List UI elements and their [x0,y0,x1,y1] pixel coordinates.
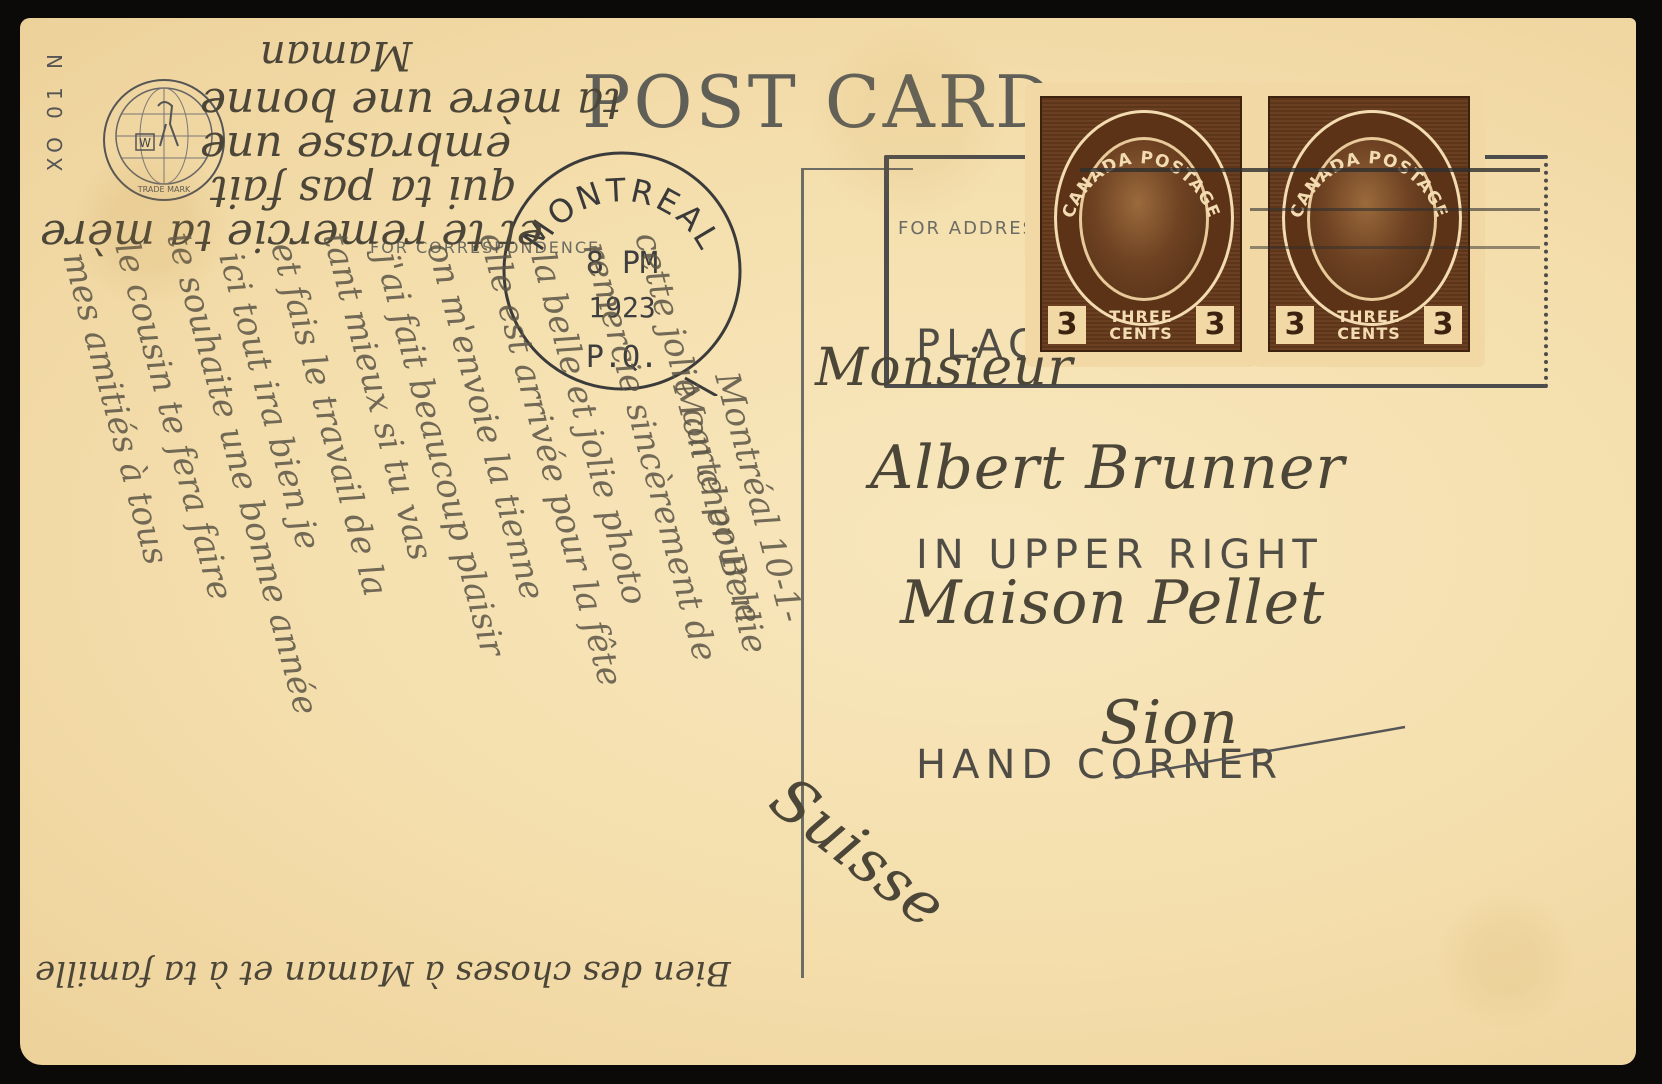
stamp-denomination: THREECENTS [1092,308,1190,342]
address-salutation: Monsieur [815,338,1073,398]
stamp-denomination: THREECENTS [1320,308,1418,342]
cancel-line [1250,246,1540,249]
svg-text:CANADA POSTAGE: CANADA POSTAGE [1058,148,1223,221]
svg-text:TRADE MARK: TRADE MARK [137,185,191,194]
svg-text:MONTREAL: MONTREAL [516,171,729,257]
message-bottom-line: Bien des choses à Maman et à ta famille [35,953,731,993]
cancel-line [1250,208,1540,211]
stamp-value-right: 3 [1424,306,1462,344]
address-underline [1110,723,1410,783]
center-divider [801,168,804,978]
postage-stamp-1: CANADA POSTAGE 3 THREECENTS 3 [1028,86,1254,364]
stamp-value-left: 3 [1276,306,1314,344]
cancel-line [1080,168,1540,172]
postcard-title: POST CARD [582,60,1056,144]
postage-stamp-2: CANADA POSTAGE 3 THREECENTS 3 [1256,86,1482,364]
address-label: FOR ADDRESS [898,218,1050,239]
address-street: Maison Pellet [900,568,1325,638]
message-inverted-line: Maman [260,32,412,78]
stamp-value-right: 3 [1196,306,1234,344]
address-name: Albert Brunner [870,433,1345,503]
postcard: XO 01 N W TRADE MARK POST CARD FOR CORRE… [20,18,1636,1065]
svg-text:W: W [139,136,151,150]
publisher-code: XO 01 N [40,48,70,171]
